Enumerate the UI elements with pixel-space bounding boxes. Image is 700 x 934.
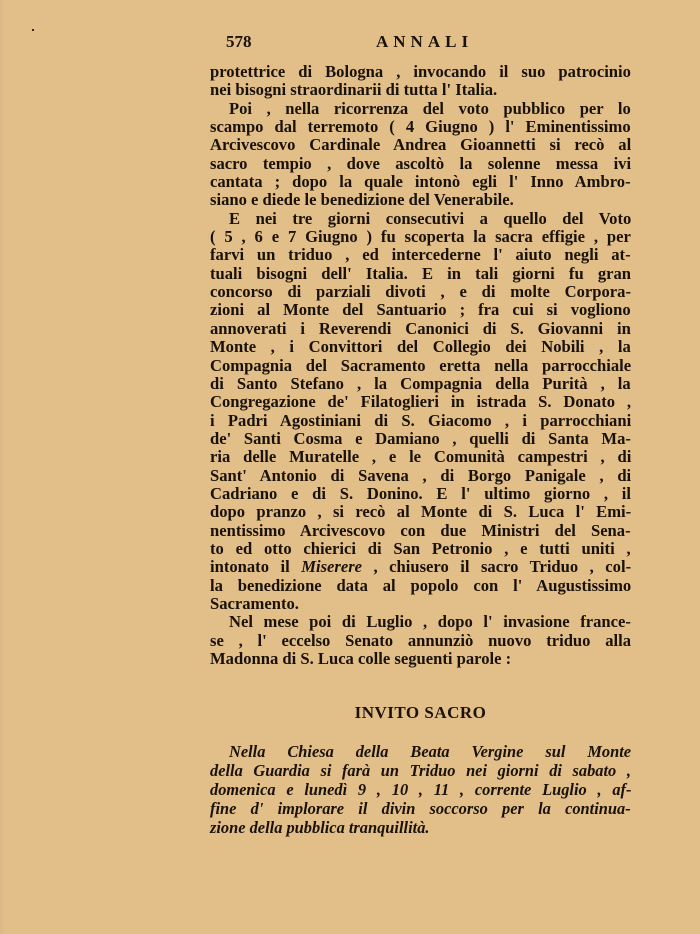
text-line: dopo pranzo , si recò al Monte di S. Luc… [210, 503, 631, 521]
text-line: Sacramento. [210, 595, 631, 613]
text-line: Arcivescovo Cardinale Andrea Gioannetti … [210, 136, 631, 154]
page-number: 578 [226, 32, 252, 52]
text-line: siano e diede le benedizione del Venerab… [210, 191, 631, 209]
body-text: protettrice di Bologna , invocando il su… [210, 63, 631, 668]
running-title: ANNALI [376, 32, 473, 52]
text-line: i Padri Agostiniani di S. Giacomo , i pa… [210, 412, 631, 430]
invitation-line: zione della pubblica tranquillità. [210, 818, 631, 837]
text-line: Cadriano e di S. Donino. E l' ultimo gio… [210, 485, 631, 503]
text-line: annoverati i Reverendi Canonici di S. Gi… [210, 320, 631, 338]
text-line: ( 5 , 6 e 7 Giugno ) fu scoperta la sacr… [210, 228, 631, 246]
text-line: to ed otto chierici di San Petronio , e … [210, 540, 631, 558]
invitation-line: Nella Chiesa della Beata Vergine sul Mon… [210, 742, 631, 761]
text-line: Congregazione de' Filatoglieri in istrad… [210, 393, 631, 411]
text-line: Poi , nella ricorrenza del voto pubblico… [210, 100, 631, 118]
text-line: Nel mese poi di Luglio , dopo l' invasio… [210, 613, 631, 631]
book-page: 578 ANNALI protettrice di Bologna , invo… [0, 0, 700, 934]
invitation-text: Nella Chiesa della Beata Vergine sul Mon… [210, 742, 631, 837]
text-line: protettrice di Bologna , invocando il su… [210, 63, 631, 81]
page-header: 578 ANNALI [226, 32, 486, 52]
text-line: cantata ; dopo la quale intonò egli l' I… [210, 173, 631, 191]
invitation-line: fine d' implorare il divin soccorso per … [210, 799, 631, 818]
text-line: la benedizione data al popolo con l' Aug… [210, 577, 631, 595]
text-line: se , l' eccelso Senato annunziò nuovo tr… [210, 632, 631, 650]
section-heading: INVITO SACRO [210, 703, 631, 723]
text-line: nei bisogni straordinarii di tutta l' It… [210, 81, 631, 99]
paper-speck [32, 29, 34, 31]
invitation-line: della Guardia si farà un Triduo nei gior… [210, 761, 631, 780]
text-line: zioni al Monte del Santuario ; fra cui s… [210, 301, 631, 319]
text-line: Compagnia del Sacramento eretta nella pa… [210, 357, 631, 375]
text-line: intonato il Miserere , chiusero il sacro… [210, 558, 631, 576]
text-line: scampo dal terremoto ( 4 Giugno ) l' Emi… [210, 118, 631, 136]
text-line: tuali bisogni dell' Italia. E in tali gi… [210, 265, 631, 283]
text-line: nentissimo Arcivescovo con due Ministri … [210, 522, 631, 540]
text-line: ria delle Muratelle , e le Comunità camp… [210, 448, 631, 466]
text-line: concorso di parziali divoti , e di molte… [210, 283, 631, 301]
text-line: Sant' Antonio di Savena , di Borgo Panig… [210, 467, 631, 485]
text-line: farvi un triduo , ed intercederne l' aiu… [210, 246, 631, 264]
text-line: di Santo Stefano , la Compagnia della Pu… [210, 375, 631, 393]
text-line: de' Santi Cosma e Damiano , quelli di Sa… [210, 430, 631, 448]
text-line: E nei tre giorni consecutivi a quello de… [210, 210, 631, 228]
text-line: sacro tempio , dove ascoltò la solenne m… [210, 155, 631, 173]
text-line: Madonna di S. Luca colle seguenti parole… [210, 650, 631, 668]
italic-term: Miserere [301, 557, 362, 576]
invitation-line: domenica e lunedì 9 , 10 , 11 , corrente… [210, 780, 631, 799]
text-line: Monte , i Convittori del Collegio dei No… [210, 338, 631, 356]
